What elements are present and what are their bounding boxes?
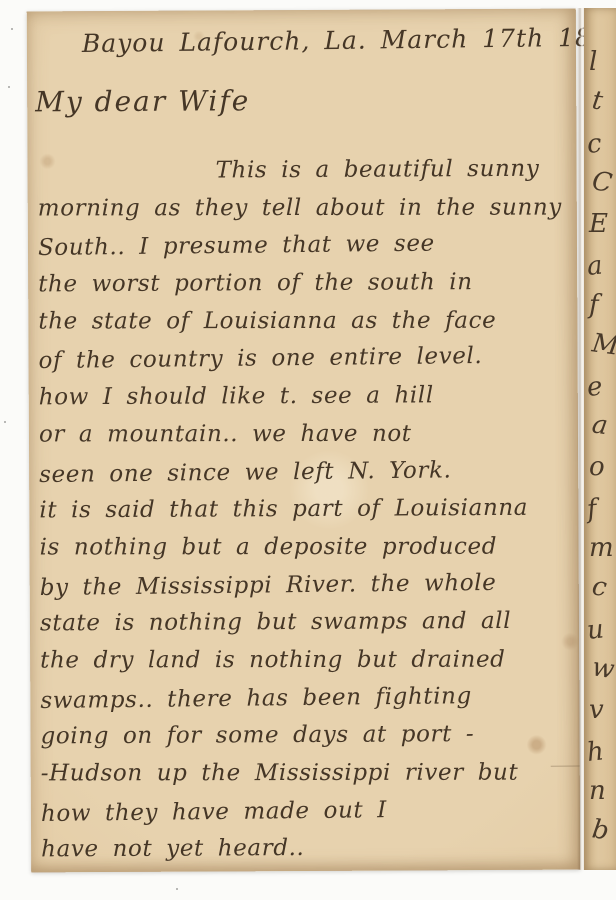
letter-line: it is said that this part of Louisianna (39, 490, 577, 531)
dust-speck (4, 421, 6, 423)
letter-line: seen one since we left N. York. (39, 450, 577, 494)
writing-fragment: a (585, 243, 616, 287)
writing-fragment: o (589, 447, 616, 488)
letter-line: of the country is one entire level. (38, 337, 576, 381)
dateline-text: Bayou Lafourch, La. March 17th 1863 (82, 22, 616, 58)
letter-line: how they have made out I (41, 790, 579, 834)
adjacent-page-edge: l t c C E a f M e a o f m c u w v h n b (584, 8, 616, 870)
letter-line: state is nothing but swamps and all (40, 603, 578, 644)
letter-line: morning as they tell about in the sunny (38, 189, 576, 228)
writing-fragment: f (585, 486, 616, 530)
letter-line: This is a beautiful sunny (37, 151, 575, 192)
writing-fragment: e (585, 364, 616, 408)
dust-speck (8, 86, 10, 88)
writing-fragment: C (589, 161, 616, 207)
letter-line: the worst portion of the south in (38, 264, 576, 305)
salutation-text: My dear Wife (35, 84, 250, 118)
writing-fragment: m (589, 528, 616, 569)
writing-fragment: f (589, 285, 616, 326)
letter-line: South.. I presume that we see (38, 224, 576, 268)
letter-line: -Hudson up the Mississippi river but (41, 755, 579, 794)
letter-line: by the Mississippi River. the whole (40, 563, 578, 607)
letter-page: Bayou Lafourch, La. March 17th 1863 My d… (27, 9, 581, 873)
writing-fragment: u (585, 607, 616, 651)
letter-line: how I should like t. see a hill (39, 377, 577, 418)
adjacent-page-writing: l t c C E a f M e a o f m c u w v h n b (589, 42, 616, 852)
writing-fragment: h (585, 729, 616, 773)
writing-fragment: t (589, 80, 616, 126)
writing-fragment: a (589, 404, 616, 450)
writing-fragment: M (589, 323, 616, 369)
letter-line: going on for some days at port - (40, 716, 578, 757)
letter-line: is nothing but a deposite produced (40, 528, 578, 567)
letter-body: This is a beautiful sunny morning as the… (37, 151, 579, 870)
writing-fragment: w (589, 647, 616, 693)
letter-line: or a mountain.. we have not (39, 415, 577, 454)
writing-fragment: n (589, 771, 616, 812)
dust-speck (176, 888, 178, 890)
letter-line: the dry land is nothing but drained (40, 641, 578, 680)
writing-fragment: b (589, 809, 616, 855)
writing-fragment: c (585, 121, 616, 165)
writing-fragment: c (589, 566, 616, 612)
letter-line: swamps.. there has been fighting (40, 677, 578, 721)
dust-speck (11, 28, 13, 30)
writing-fragment: E (589, 204, 616, 245)
letter-scan: { "page": { "background_color": "#fbfbf9… (0, 0, 616, 900)
letter-line: the state of Louisianna as the face (38, 302, 576, 341)
writing-fragment: v (589, 690, 616, 731)
letter-line: have not yet heard.. (41, 829, 579, 870)
paper-crease-mark (551, 766, 580, 767)
writing-fragment: l (589, 42, 616, 83)
